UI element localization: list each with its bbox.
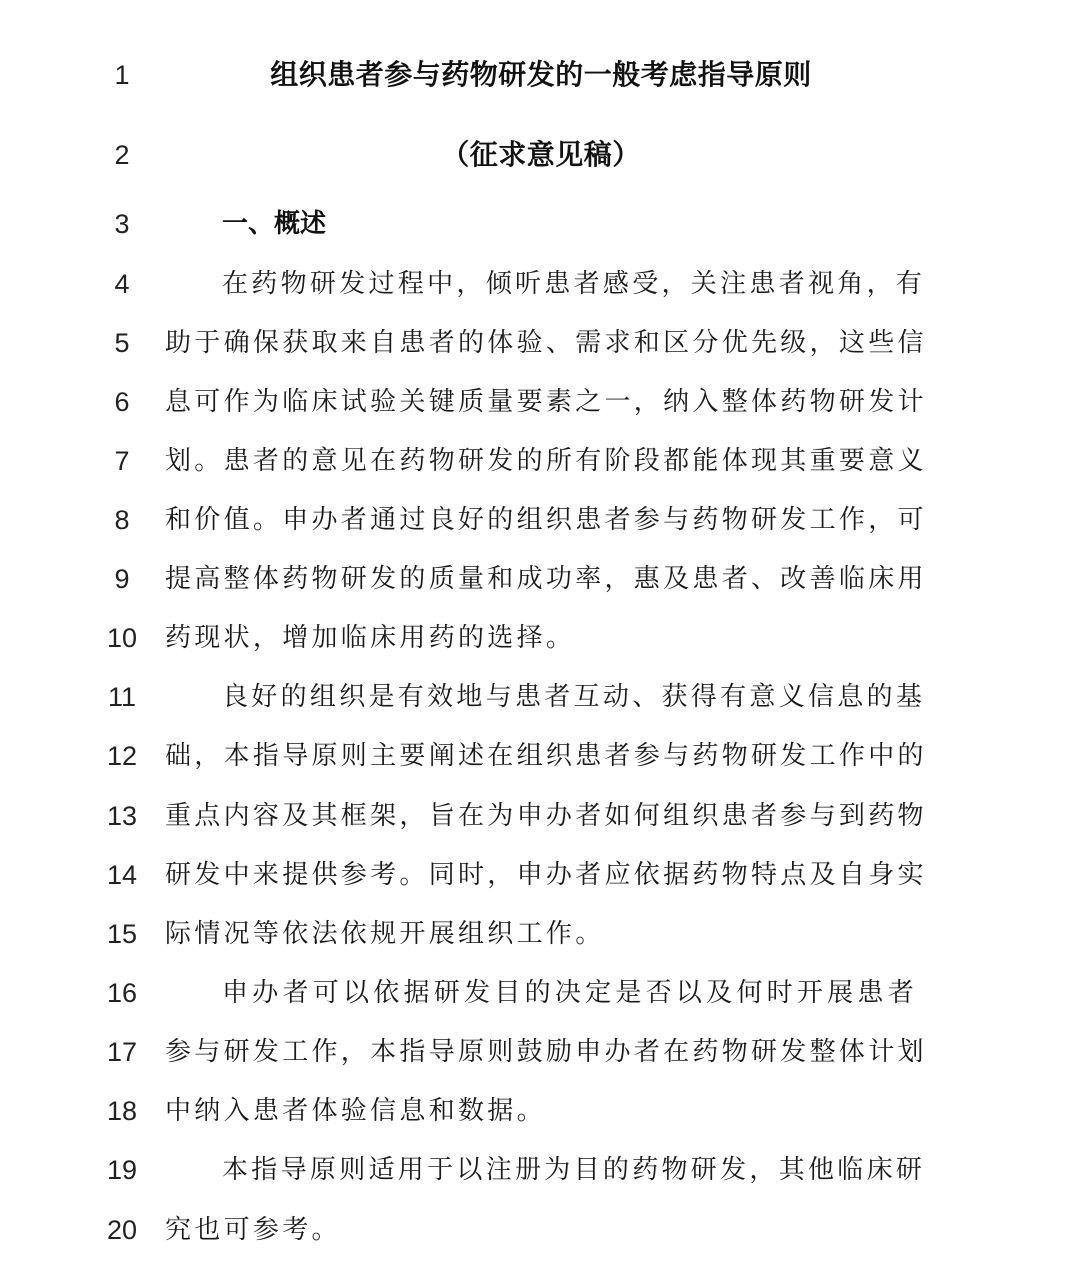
line-number: 13 <box>92 796 152 836</box>
document-line: 4 在药物研发过程中，倾听患者感受，关注患者视角，有 <box>0 264 1080 323</box>
line-number: 15 <box>92 914 152 954</box>
line-number: 18 <box>92 1091 152 1131</box>
document-line: 6 息可作为临床试验关键质量要素之一，纳入整体药物研发计 <box>0 382 1080 441</box>
document-line: 13 重点内容及其框架，旨在为申办者如何组织患者参与到药物 <box>0 796 1080 855</box>
document-line: 17 参与研发工作，本指导原则鼓励申办者在药物研发整体计划 <box>0 1032 1080 1091</box>
document-line: 14 研发中来提供参考。同时，申办者应依据药物特点及自身实 <box>0 855 1080 914</box>
paragraph-text: 助于确保获取来自患者的体验、需求和区分优先级，这些信 <box>165 323 917 363</box>
document-line: 12 础，本指导原则主要阐述在组织患者参与药物研发工作中的 <box>0 736 1080 795</box>
paragraph-text: 申办者可以依据研发目的决定是否以及何时开展患者 <box>222 973 917 1013</box>
paragraph-text: 中纳入患者体验信息和数据。 <box>165 1091 917 1131</box>
line-number: 9 <box>92 559 152 599</box>
document-line: 9 提高整体药物研发的质量和成功率，惠及患者、改善临床用 <box>0 559 1080 618</box>
line-number: 1 <box>92 55 152 95</box>
paragraph-text: 参与研发工作，本指导原则鼓励申办者在药物研发整体计划 <box>165 1032 917 1072</box>
line-number: 6 <box>92 382 152 422</box>
document-line: 8 和价值。申办者通过良好的组织患者参与药物研发工作，可 <box>0 500 1080 559</box>
line-number: 4 <box>92 264 152 304</box>
document-line: 18 中纳入患者体验信息和数据。 <box>0 1091 1080 1150</box>
document-line: 16 申办者可以依据研发目的决定是否以及何时开展患者 <box>0 973 1080 1032</box>
document-line: 7 划。患者的意见在药物研发的所有阶段都能体现其重要意义 <box>0 441 1080 500</box>
document-line: 2 （征求意见稿） <box>0 135 1080 194</box>
line-number: 20 <box>92 1210 152 1250</box>
paragraph-text: 重点内容及其框架，旨在为申办者如何组织患者参与到药物 <box>165 796 917 836</box>
line-number: 2 <box>92 135 152 175</box>
document-line: 15 际情况等依法依规开展组织工作。 <box>0 914 1080 973</box>
document-line: 19 本指导原则适用于以注册为目的药物研发，其他临床研 <box>0 1150 1080 1209</box>
section-heading: 一、概述 <box>222 204 326 244</box>
paragraph-text: 和价值。申办者通过良好的组织患者参与药物研发工作，可 <box>165 500 917 540</box>
line-number: 16 <box>92 973 152 1013</box>
document-page: 1 组织患者参与药物研发的一般考虑指导原则 2 （征求意见稿） 3 一、概述 4… <box>0 0 1080 1268</box>
paragraph-text: 际情况等依法依规开展组织工作。 <box>165 914 917 954</box>
paragraph-text: 在药物研发过程中，倾听患者感受，关注患者视角，有 <box>222 264 917 304</box>
paragraph-text: 划。患者的意见在药物研发的所有阶段都能体现其重要意义 <box>165 441 917 481</box>
line-number: 10 <box>92 618 152 658</box>
paragraph-text: 本指导原则适用于以注册为目的药物研发，其他临床研 <box>222 1150 917 1190</box>
document-line: 20 究也可参考。 <box>0 1210 1080 1268</box>
line-number: 11 <box>92 677 152 717</box>
paragraph-text: 息可作为临床试验关键质量要素之一，纳入整体药物研发计 <box>165 382 917 422</box>
paragraph-text: 究也可参考。 <box>165 1210 917 1250</box>
line-number: 3 <box>92 204 152 244</box>
line-number: 5 <box>92 323 152 363</box>
document-line: 1 组织患者参与药物研发的一般考虑指导原则 <box>0 55 1080 114</box>
line-number: 8 <box>92 500 152 540</box>
paragraph-text: 良好的组织是有效地与患者互动、获得有意义信息的基 <box>222 677 917 717</box>
document-subtitle: （征求意见稿） <box>165 135 917 175</box>
paragraph-text: 研发中来提供参考。同时，申办者应依据药物特点及自身实 <box>165 855 917 895</box>
paragraph-text: 础，本指导原则主要阐述在组织患者参与药物研发工作中的 <box>165 736 917 776</box>
document-line: 11 良好的组织是有效地与患者互动、获得有意义信息的基 <box>0 677 1080 736</box>
line-number: 12 <box>92 736 152 776</box>
paragraph-text: 药现状，增加临床用药的选择。 <box>165 618 917 658</box>
line-number: 14 <box>92 855 152 895</box>
line-number: 7 <box>92 441 152 481</box>
document-line: 3 一、概述 <box>0 204 1080 263</box>
document-title: 组织患者参与药物研发的一般考虑指导原则 <box>165 55 917 95</box>
document-line: 5 助于确保获取来自患者的体验、需求和区分优先级，这些信 <box>0 323 1080 382</box>
line-number: 19 <box>92 1150 152 1190</box>
line-number: 17 <box>92 1032 152 1072</box>
paragraph-text: 提高整体药物研发的质量和成功率，惠及患者、改善临床用 <box>165 559 917 599</box>
document-line: 10 药现状，增加临床用药的选择。 <box>0 618 1080 677</box>
